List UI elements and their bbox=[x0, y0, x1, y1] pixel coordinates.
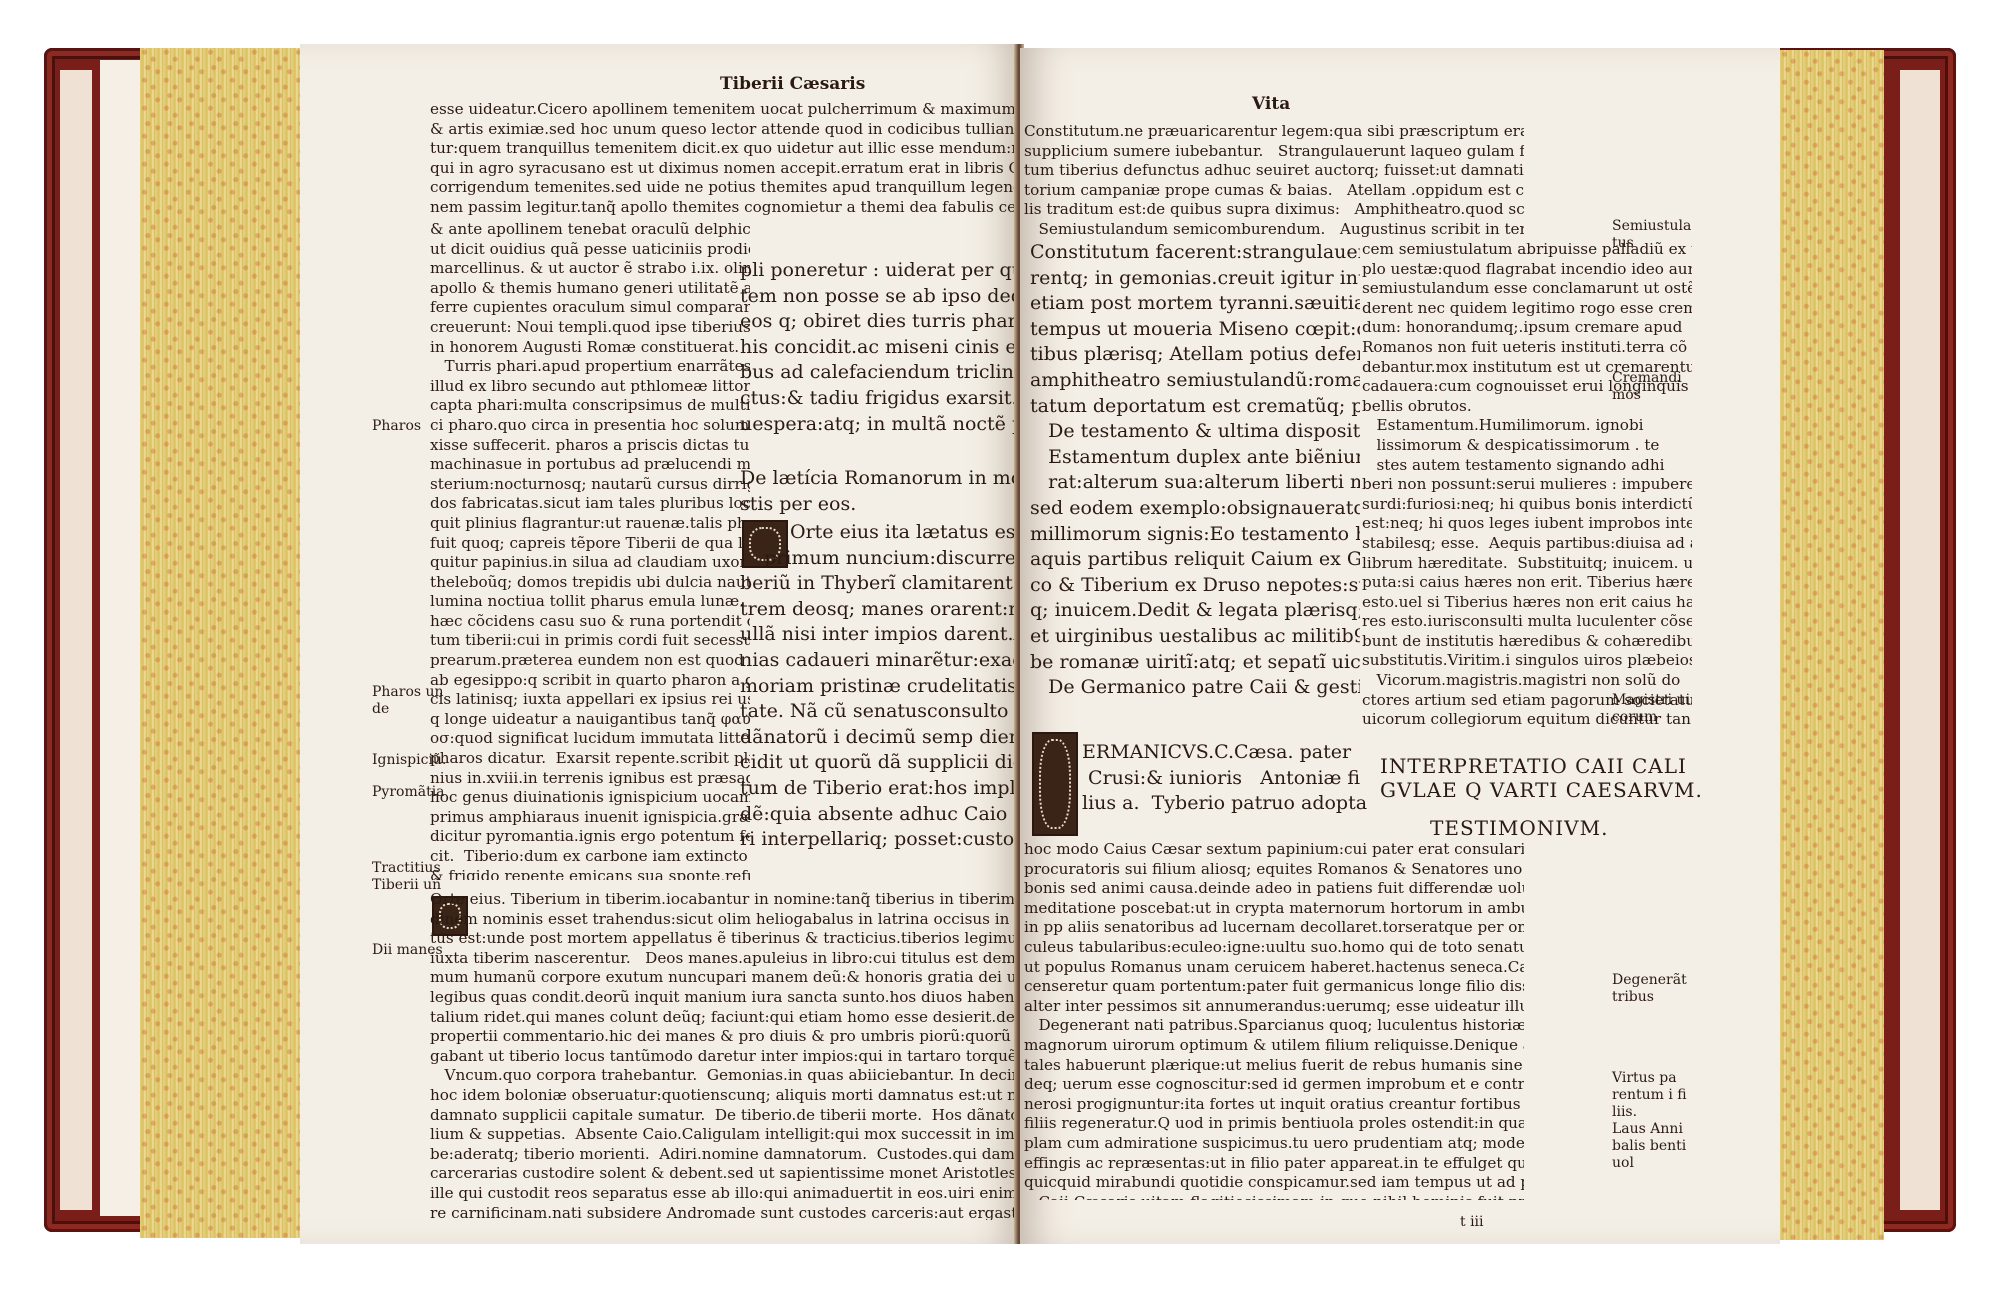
left-section-heading: De lætícia Romanorum in morte eius: stis… bbox=[740, 466, 1020, 517]
right-margin-note: Magistri ui corum bbox=[1612, 692, 1690, 726]
left-text-column: pli poneretur : uiderat per quietem affi… bbox=[740, 258, 1020, 437]
testimonium-heading: TESTIMONIVM. bbox=[1430, 816, 1608, 840]
left-running-head: Tiberii Cæsaris bbox=[720, 74, 865, 94]
right-margin-note: Virtus pa rentum i fi liis. Laus Anni ba… bbox=[1612, 1070, 1687, 1172]
left-margin-note: Pyromãtia bbox=[372, 784, 445, 801]
germanicus-heading: ERMANICVS.C.Cæsa. pater Crusi:& iunioris… bbox=[1082, 740, 1372, 817]
right-margin-note: Semiustula tus bbox=[1612, 218, 1691, 252]
right-commentary-column: cem semiustulatum abripuisse palladiũ ex… bbox=[1362, 240, 1692, 730]
left-margin-note: Pharos bbox=[372, 418, 421, 435]
left-margin-note: Dii manes bbox=[372, 942, 443, 959]
left-margin-note: Tractitius Tiberii uñ bbox=[372, 860, 441, 894]
right-fore-edge bbox=[1780, 50, 1884, 1240]
left-margin-note: Pharos un de bbox=[372, 684, 444, 718]
right-running-head: Vita bbox=[1252, 94, 1290, 114]
interpretatio-heading: INTERPRETATIO CAII CALI GVLAE Q VARTI CA… bbox=[1380, 754, 1703, 802]
decorated-initial-g bbox=[1032, 732, 1078, 836]
left-margin-note: Ignispiciũ. bbox=[372, 752, 446, 769]
left-text-column-2: Orte eius ita lætatus est populus: primu… bbox=[740, 520, 1020, 860]
left-page: Tiberii Cæsaris esse uideatur.Cicero apo… bbox=[300, 44, 1020, 1244]
left-fore-edge bbox=[140, 48, 302, 1238]
right-margin-note: Degenerãt tribus bbox=[1612, 972, 1687, 1006]
right-margin-note: Cremandi mos bbox=[1612, 370, 1682, 404]
left-endpaper bbox=[60, 70, 92, 1210]
left-flyleaf bbox=[100, 60, 140, 1216]
right-text-column: Constitutum facerent:strangulauerunt:abi… bbox=[1030, 240, 1360, 730]
left-commentary-column: & ante apollinem tenebat oraculũ delphic… bbox=[430, 220, 750, 880]
right-endpaper bbox=[1900, 70, 1940, 1210]
left-bottom-block: Orte eius. Tiberium in tiberim.iocabantu… bbox=[430, 890, 1020, 1220]
signature-mark: t iii bbox=[1460, 1214, 1484, 1230]
left-top-block: esse uideatur.Cicero apollinem temenitem… bbox=[430, 100, 1020, 218]
right-top-block: Constitutum.ne præuaricarentur legem:qua… bbox=[1024, 122, 1524, 240]
right-bottom-block: hoc modo Caius Cæsar sextum papinium:cui… bbox=[1024, 840, 1524, 1200]
